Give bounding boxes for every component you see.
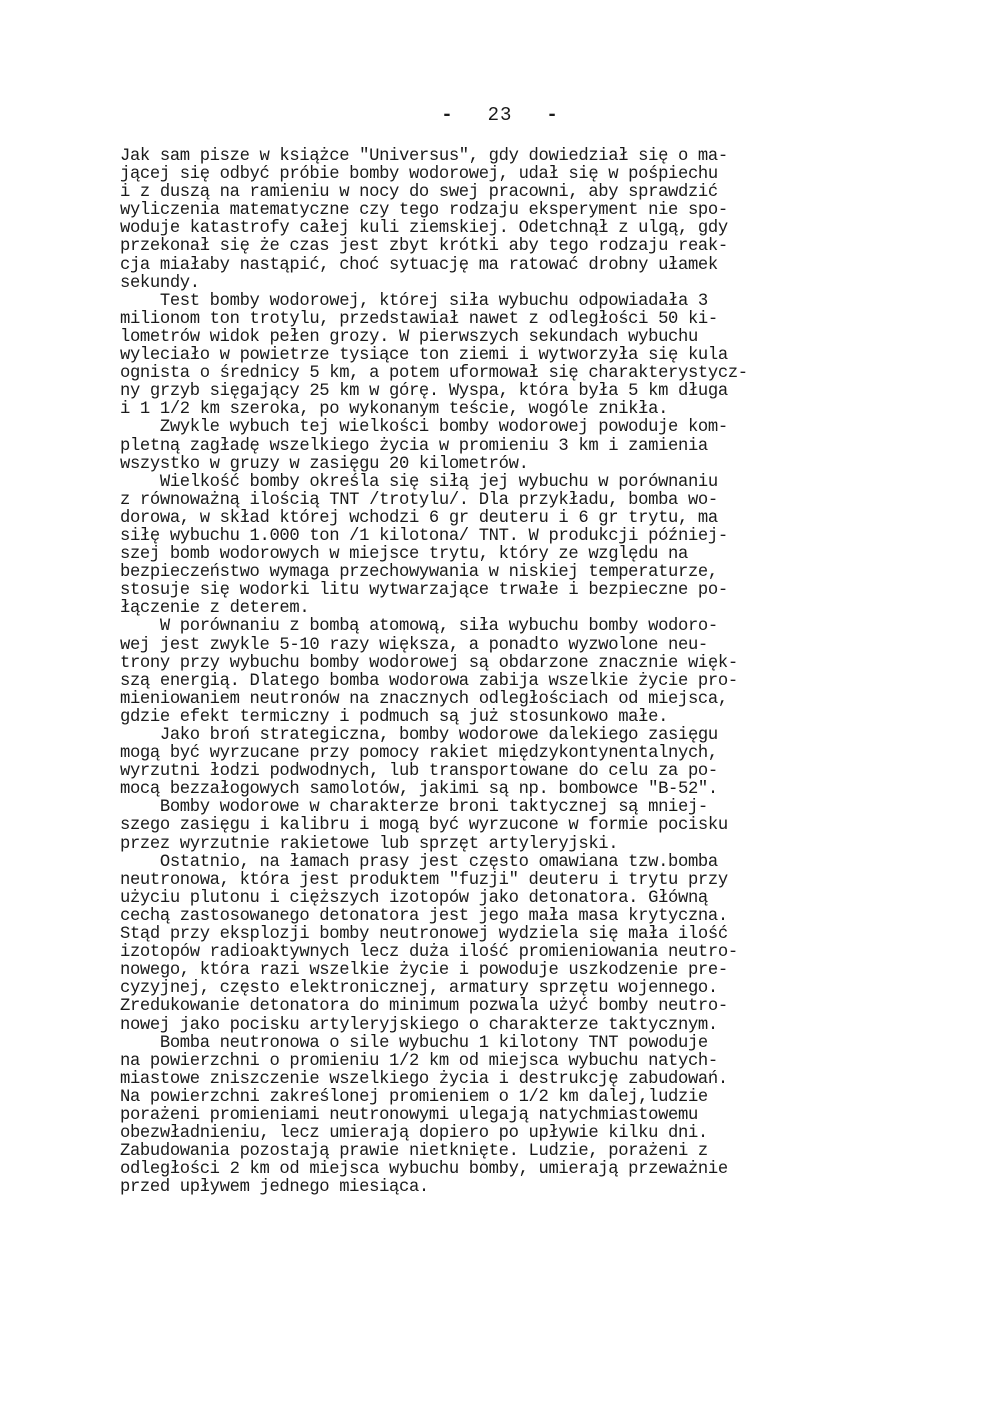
text-line: z równoważną ilością TNT /trotylu/. Dla … bbox=[120, 492, 900, 510]
text-line: Zabudowania pozostają prawie nietknięte.… bbox=[120, 1143, 900, 1161]
text-line: cechą zastosowanego detonatora jest jego… bbox=[120, 908, 900, 926]
text-line: i z duszą na ramieniu w nocy do swej pra… bbox=[120, 184, 900, 202]
text-line: bezpieczeństwo wymaga przechowywania w n… bbox=[120, 564, 900, 582]
text-line: porażeni promieniami neutronowymi ulegaj… bbox=[120, 1107, 900, 1125]
text-line: przez wyrzutnie rakietowe lub sprzęt art… bbox=[120, 836, 900, 854]
text-line: Test bomby wodorowej, której siła wybuch… bbox=[120, 293, 900, 311]
text-line: Jako broń strategiczna, bomby wodorowe d… bbox=[120, 727, 900, 745]
text-line: W porównaniu z bombą atomową, siła wybuc… bbox=[120, 618, 900, 636]
text-line: Ostatnio, na łamach prasy jest często om… bbox=[120, 854, 900, 872]
text-line: stosuje się wodorki litu wytwarzające tr… bbox=[120, 582, 900, 600]
text-line: dorowa, w skład której wchodzi 6 gr deut… bbox=[120, 510, 900, 528]
text-line: wyrzutni łodzi podwodnych, lub transport… bbox=[120, 763, 900, 781]
text-line: trony przy wybuchu bomby wodorowej są ob… bbox=[120, 655, 900, 673]
text-line: szą energią. Dlatego bomba wodorowa zabi… bbox=[120, 673, 900, 691]
page-number: -23- bbox=[0, 104, 1000, 126]
text-line: przed upływem jednego miesiąca. bbox=[120, 1179, 900, 1197]
text-line: neutronowa, która jest produktem "fuzji"… bbox=[120, 872, 900, 890]
page-number-value: 23 bbox=[488, 104, 513, 126]
text-line: izotopów radioaktywnych lecz duża ilość … bbox=[120, 944, 900, 962]
text-line: użyciu plutonu i cięższych izotopów jako… bbox=[120, 890, 900, 908]
text-line: ognista o średnicy 5 km, a potem uformow… bbox=[120, 365, 900, 383]
text-line: cyzyjnej, często elektronicznej, armatur… bbox=[120, 980, 900, 998]
text-line: Bomby wodorowe w charakterze broni takty… bbox=[120, 799, 900, 817]
text-line: Stąd przy eksplozji bomby neutronowej wy… bbox=[120, 926, 900, 944]
text-line: obezwładnieniu, lecz umierają dopiero po… bbox=[120, 1125, 900, 1143]
text-line: wyliczenia matematyczne czy tego rodzaju… bbox=[120, 202, 900, 220]
text-line: wszystko w gruzy w zasięgu 20 kilometrów… bbox=[120, 456, 900, 474]
page-number-suffix: - bbox=[546, 104, 558, 126]
text-line: gdzie efekt termiczny i podmuch są już s… bbox=[120, 709, 900, 727]
text-line: Bomba neutronowa o sile wybuchu 1 kiloto… bbox=[120, 1035, 900, 1053]
page-number-prefix: - bbox=[441, 104, 453, 126]
text-line: ny grzyb sięgający 25 km w górę. Wyspa, … bbox=[120, 383, 900, 401]
text-line: wyleciało w powietrze tysiące ton ziemi … bbox=[120, 347, 900, 365]
document-body: Jak sam pisze w książce "Universus", gdy… bbox=[120, 148, 900, 1197]
text-line: Jak sam pisze w książce "Universus", gdy… bbox=[120, 148, 900, 166]
text-line: nowej jako pocisku artyleryjskiego o cha… bbox=[120, 1017, 900, 1035]
text-line: mocą bezzałogowych samolotów, jakimi są … bbox=[120, 781, 900, 799]
text-line: lometrów widok pełen grozy. W pierwszych… bbox=[120, 329, 900, 347]
text-line: woduje katastrofy całej kuli ziemskiej. … bbox=[120, 220, 900, 238]
text-line: łączenie z deterem. bbox=[120, 600, 900, 618]
text-line: szego zasięgu i kalibru i mogą być wyrzu… bbox=[120, 817, 900, 835]
text-line: Zredukowanie detonatora do minimum pozwa… bbox=[120, 998, 900, 1016]
text-line: pletną zagładę wszelkiego życia w promie… bbox=[120, 438, 900, 456]
text-line: nowego, która razi wszelkie życie i powo… bbox=[120, 962, 900, 980]
text-line: i 1 1/2 km szeroka, po wykonanym teście,… bbox=[120, 401, 900, 419]
text-line: sekundy. bbox=[120, 275, 900, 293]
text-line: odległości 2 km od miejsca wybuchu bomby… bbox=[120, 1161, 900, 1179]
text-line: przekonał się że czas jest zbyt krótki a… bbox=[120, 238, 900, 256]
text-line: mogą być wyrzucane przy pomocy rakiet mi… bbox=[120, 745, 900, 763]
text-line: szej bomb wodorowych w miejsce trytu, kt… bbox=[120, 546, 900, 564]
text-line: Wielkość bomby określa się siłą jej wybu… bbox=[120, 474, 900, 492]
text-line: cja miałaby nastąpić, choć sytuację ma r… bbox=[120, 257, 900, 275]
text-line: wej jest zwykle 5-10 razy większa, a pon… bbox=[120, 637, 900, 655]
text-line: jącej się odbyć próbie bomby wodorowej, … bbox=[120, 166, 900, 184]
text-line: milionom ton trotylu, przedstawiał nawet… bbox=[120, 311, 900, 329]
text-line: siłę wybuchu 1.000 ton /1 kilotona/ TNT.… bbox=[120, 528, 900, 546]
text-line: Zwykle wybuch tej wielkości bomby wodoro… bbox=[120, 419, 900, 437]
text-line: miastowe zniszczenie wszelkiego życia i … bbox=[120, 1071, 900, 1089]
text-line: Na powierzchni zakreślonej promieniem o … bbox=[120, 1089, 900, 1107]
text-line: na powierzchni o promieniu 1/2 km od mie… bbox=[120, 1053, 900, 1071]
text-line: mieniowaniem neutronów na znacznych odle… bbox=[120, 691, 900, 709]
